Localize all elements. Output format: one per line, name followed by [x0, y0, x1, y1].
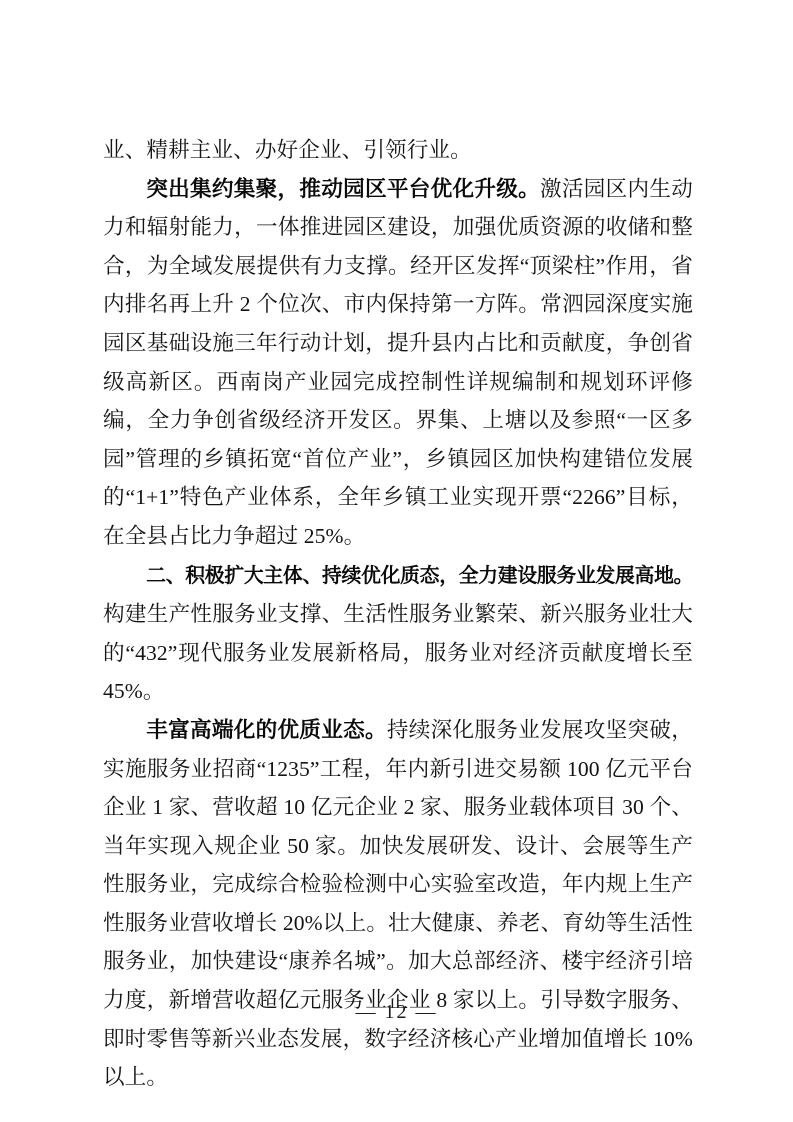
body-paragraph-continuation: 业、精耕主业、办好企业、引领行业。	[103, 131, 693, 170]
body-paragraph-parks: 突出集约集聚，推动园区平台优化升级。激活园区内生动力和辐射能力，一体推进园区建设…	[103, 170, 693, 556]
paragraph-body-text: 构建生产性服务业支撑、生活性服务业繁荣、新兴服务业壮大的“432”现代服务业发展…	[103, 602, 693, 703]
body-paragraph-section-two: 二、积极扩大主体、持续优化质态，全力建设服务业发展高地。构建生产性服务业支撑、生…	[103, 556, 693, 711]
paragraph-body-text: 持续深化服务业发展攻坚突破，实施服务业招商“1235”工程，年内新引进交易额 1…	[103, 718, 693, 1089]
section-lead-bold: 丰富高端化的优质业态。	[146, 718, 387, 742]
document-page: 业、精耕主业、办好企业、引领行业。 突出集约集聚，推动园区平台优化升级。激活园区…	[0, 0, 793, 1122]
paragraph-body-text: 激活园区内生动力和辐射能力，一体推进园区建设，加强优质资源的收储和整合，为全域发…	[103, 177, 693, 548]
body-paragraph-services: 丰富高端化的优质业态。持续深化服务业发展攻坚突破，实施服务业招商“1235”工程…	[103, 711, 693, 1097]
section-lead-bold: 突出集约集聚，推动园区平台优化升级。	[146, 177, 540, 201]
paragraph-body-text: 业、精耕主业、办好企业、引领行业。	[103, 138, 472, 162]
section-heading-two: 二、积极扩大主体、持续优化质态，全力建设服务业发展高地。	[146, 565, 693, 587]
page-number: — 12 —	[0, 998, 793, 1026]
